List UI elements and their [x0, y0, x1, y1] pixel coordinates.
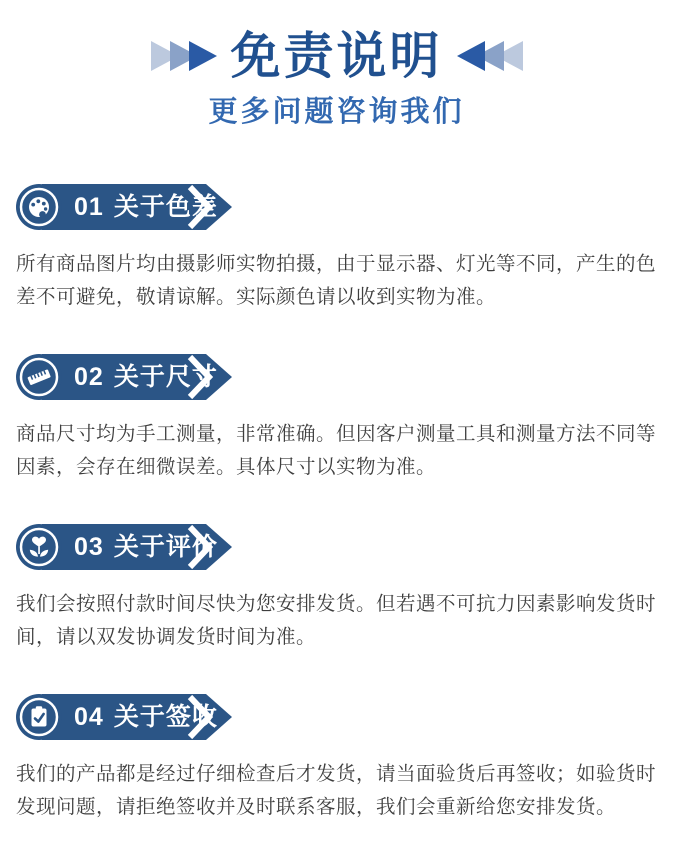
section-reviews: 03关于评价 我们会按照付款时间尽快为您安排发货。但若遇不可抗力因素影响发货时间… — [16, 524, 673, 654]
disclaimer-sections: 01关于色差 所有商品图片均由摄影师实物拍摄，由于显示器、灯光等不同，产生的色差… — [0, 184, 673, 824]
section-color-difference: 01关于色差 所有商品图片均由摄影师实物拍摄，由于显示器、灯光等不同，产生的色差… — [16, 184, 673, 314]
section-banner: 01关于色差 — [16, 184, 256, 230]
section-number: 04 — [74, 703, 104, 731]
section-title: 关于签收 — [114, 703, 218, 731]
section-body-text: 所有商品图片均由摄影师实物拍摄，由于显示器、灯光等不同，产生的色差不可避免，敬请… — [16, 248, 661, 314]
section-banner-label: 03关于评价 — [74, 524, 218, 570]
section-title: 关于色差 — [114, 193, 218, 221]
ruler-icon — [16, 354, 62, 400]
page-subtitle: 更多问题咨询我们 — [0, 96, 673, 128]
section-body-text: 商品尺寸均为手工测量，非常准确。但因客户测量工具和测量方法不同等因素，会存在细微… — [16, 418, 661, 484]
section-banner-label: 02关于尺寸 — [74, 354, 218, 400]
clipboard-check-icon — [16, 694, 62, 740]
section-number: 03 — [74, 533, 104, 561]
section-number: 02 — [74, 363, 104, 391]
section-number: 01 — [74, 193, 104, 221]
section-title: 关于尺寸 — [114, 363, 218, 391]
section-body-text: 我们的产品都是经过仔细检查后才发货，请当面验货后再签收；如验货时发现问题，请拒绝… — [16, 758, 661, 824]
title-row: 免责说明 — [0, 24, 673, 88]
section-banner-label: 01关于色差 — [74, 184, 218, 230]
page-header: 免责说明 更多问题咨询我们 — [0, 0, 673, 128]
disclaimer-page: 免责说明 更多问题咨询我们 — [0, 0, 673, 844]
section-banner: 03关于评价 — [16, 524, 256, 570]
section-title: 关于评价 — [114, 533, 218, 561]
section-sign-receipt: 04关于签收 我们的产品都是经过仔细检查后才发货，请当面验货后再签收；如验货时发… — [16, 694, 673, 824]
triple-arrows-right-icon — [150, 39, 218, 73]
section-banner-label: 04关于签收 — [74, 694, 218, 740]
triple-arrows-left-icon — [456, 39, 524, 73]
section-size: 02关于尺寸 商品尺寸均为手工测量，非常准确。但因客户测量工具和测量方法不同等因… — [16, 354, 673, 484]
section-banner: 04关于签收 — [16, 694, 256, 740]
section-body-text: 我们会按照付款时间尽快为您安排发货。但若遇不可抗力因素影响发货时间，请以双发协调… — [16, 588, 661, 654]
section-banner: 02关于尺寸 — [16, 354, 256, 400]
heart-plant-icon — [16, 524, 62, 570]
page-title: 免责说明 — [231, 31, 443, 81]
palette-icon — [16, 184, 62, 230]
